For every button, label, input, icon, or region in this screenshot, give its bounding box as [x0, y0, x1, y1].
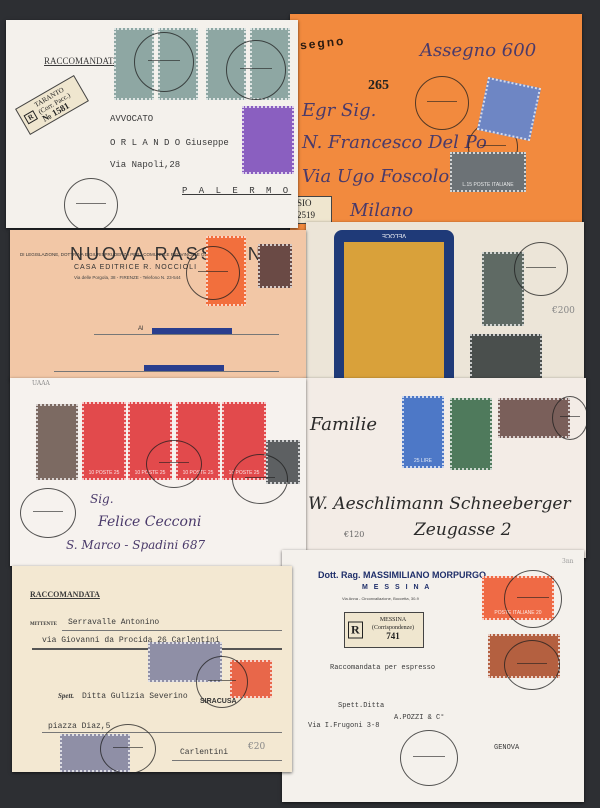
addressee-label: Spett. — [58, 692, 74, 700]
address-line: Carlentini — [180, 748, 228, 757]
assegno-header: segno — [299, 34, 346, 53]
cover-orange-assegno: segno 265 Assegno 600 Egr Sig. N. France… — [290, 14, 582, 232]
stamp: 10 POSTE 25 — [82, 402, 126, 480]
stamp — [242, 106, 294, 174]
address-line: piazza Diaz,5 — [48, 722, 110, 731]
postmark-city: SIRACUSA — [200, 698, 237, 705]
cover-felice-cecconi: UAAA 10 POSTE 25 10 POSTE 25 10 POSTE 25… — [10, 378, 306, 566]
publisher-name: CASA EDITRICE R. NOCCIOLI — [74, 264, 197, 271]
cover-raccomandata-palermo: RACCOMANDATA R TARANTO (Corr. Pacc.) № 1… — [6, 20, 298, 228]
postmark — [100, 724, 156, 772]
address-line-rule — [94, 334, 279, 335]
registration-number: 741 — [386, 631, 400, 641]
address-line: Spett.Ditta — [338, 702, 384, 710]
address-line: Via I.Frugoni 3-8 — [308, 722, 379, 730]
cover-number: 265 — [368, 78, 389, 94]
postmark — [415, 76, 469, 130]
handwritten-line: Familie — [310, 414, 377, 435]
postmark — [20, 488, 76, 538]
address-line: O R L A N D O Giuseppe — [110, 138, 229, 148]
stamp — [258, 244, 292, 288]
registration-office: MESSINA — [380, 617, 406, 623]
address-line: AVVOCATO — [110, 114, 153, 124]
pencil-note: UAAA — [32, 380, 50, 387]
address-line: A.POZZI & C° — [394, 714, 444, 722]
redaction-bar — [144, 365, 224, 371]
handwritten-line: N. Francesco Del Po — [302, 132, 487, 153]
pencil-note: €120 — [344, 530, 364, 539]
postmark — [552, 396, 586, 440]
cover-window-veloce: VELOCE €200 — [306, 222, 584, 384]
postmark — [514, 242, 568, 296]
redaction-bar — [152, 328, 232, 334]
cover-morpurgo-messina: Dott. Rag. MASSIMILIANO MORPURGO M E S S… — [282, 550, 584, 802]
pencil-note: 3nn — [562, 558, 574, 565]
sender-line: Serravalle Antonino — [68, 618, 159, 627]
publication-title: NUOVA RASSEGNA — [70, 244, 279, 265]
window-label: VELOCE — [334, 232, 454, 238]
handwritten-line: Assegno 600 — [420, 40, 536, 61]
stamp — [470, 334, 542, 380]
handwritten-line: Egr Sig. — [302, 100, 376, 121]
address-line-rule — [172, 760, 282, 761]
address-line: Ditta Gulizia Severino — [82, 692, 188, 701]
address-line-rule — [62, 630, 282, 631]
registration-number: 2519 — [297, 210, 315, 220]
postmark — [134, 32, 194, 92]
stamp: 25 LIRE — [402, 396, 444, 468]
service-line: Raccomandata per espresso — [330, 664, 435, 672]
cover-header: RACCOMANDATA — [30, 590, 100, 599]
handwritten-line: Sig. — [90, 492, 114, 506]
postmark — [504, 570, 562, 628]
postmark — [504, 640, 560, 690]
postmark — [186, 246, 240, 300]
pencil-note: €200 — [552, 306, 575, 316]
registration-label: SIO 2519 — [294, 196, 332, 224]
cover-familie: Familie W. Aeschlimann Schneeberger Zeug… — [304, 378, 586, 558]
letterhead-city: M E S S I N A — [362, 584, 431, 591]
letterhead-name: Dott. Rag. MASSIMILIANO MORPURGO — [318, 570, 486, 580]
handwritten-line: Zeugasse 2 — [414, 520, 512, 540]
address-line: GENOVA — [494, 744, 519, 752]
publisher-address: Via delle Porgola, 38 - FIRENZE - Telefo… — [74, 275, 181, 280]
handwritten-line: W. Aeschlimann Schneeberger — [308, 494, 571, 514]
letterhead-address: Via Anna - Circonvallazione, Boccetta, 3… — [342, 596, 419, 601]
address-line-rule — [54, 371, 279, 372]
handwritten-line: Via Ugo Foscolo 3 — [302, 166, 466, 187]
registration-label: R MESSINA (Corrispondenze) 741 — [344, 612, 424, 648]
postmark — [64, 178, 118, 228]
registration-office: SIO — [297, 198, 312, 208]
window-pane — [344, 242, 444, 384]
postmark — [146, 440, 202, 488]
pencil-note: €20 — [248, 742, 265, 752]
address-line: Via Napoli,28 — [110, 160, 180, 170]
stamp — [36, 404, 78, 480]
sender-label: MITTENTE — [30, 622, 57, 627]
handwritten-line: Felice Cecconi — [98, 514, 201, 530]
stamp — [477, 77, 541, 141]
stamp: L.15 POSTE ITALIANE — [450, 152, 526, 192]
postmark — [232, 454, 288, 504]
envelope-window: VELOCE — [334, 230, 454, 384]
addressee-prefix: Al — [138, 326, 143, 332]
postmark — [400, 730, 458, 786]
registration-label: R TARANTO (Corr. Pacc.) № 1581 — [15, 75, 89, 135]
stamp — [450, 398, 492, 470]
cover-raccomandata-carlentini: RACCOMANDATA MITTENTE Serravalle Antonin… — [12, 566, 292, 772]
handwritten-line: Milano — [350, 200, 413, 221]
address-line: P A L E R M O — [182, 186, 291, 196]
handwritten-line: S. Marco - Spadini 687 — [66, 538, 205, 552]
cover-header: RACCOMANDATA — [44, 56, 119, 66]
address-line-rule — [42, 732, 282, 733]
postmark — [226, 40, 286, 100]
cover-nuova-rassegna: DI LEGISLAZIONE, DOTTRINA E GIURISPRUDEN… — [10, 230, 306, 380]
